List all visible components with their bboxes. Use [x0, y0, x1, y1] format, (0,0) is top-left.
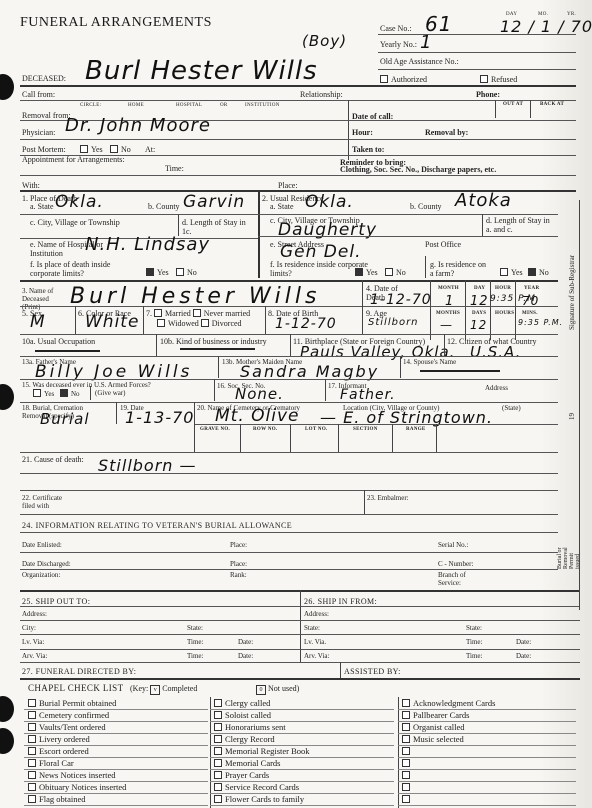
- checkbox-icon[interactable]: [402, 711, 410, 719]
- widowed-option[interactable]: Widowed: [168, 319, 199, 328]
- checklist-item-label: Soloist called: [225, 710, 271, 720]
- res-post-office-label: Post Office: [425, 240, 461, 249]
- armed-yes[interactable]: Yes: [33, 389, 54, 398]
- phone-label: Phone:: [476, 90, 500, 99]
- armed-forces-label: 15. Was deceased ever in U.S. Armed Forc…: [22, 381, 151, 389]
- checkbox-icon[interactable]: [214, 699, 222, 707]
- checklist-item-label: Livery ordered: [39, 734, 90, 744]
- res-farm-label: g. Is residence on a farm?: [430, 260, 490, 278]
- checklist-item[interactable]: Floral Car: [28, 758, 74, 768]
- post-mortem-label: Post Mortem:: [22, 145, 66, 154]
- give-war-label: (Give war): [95, 389, 126, 397]
- reminder-items: Clothing, Soc. Sec. No., Discharge paper…: [340, 165, 496, 174]
- divorced-option[interactable]: Divorced: [212, 319, 242, 328]
- refused-checkbox[interactable]: Refused: [480, 75, 517, 84]
- checklist-item[interactable]: News Notices inserted: [28, 770, 115, 780]
- home-option[interactable]: HOME: [128, 103, 144, 109]
- dob-value[interactable]: 1-12-70: [275, 316, 337, 332]
- c-number-label: C - Number:: [438, 560, 473, 568]
- checklist-item[interactable]: [402, 794, 413, 804]
- checklist-item[interactable]: Livery ordered: [28, 734, 90, 744]
- res-state-value[interactable]: Okla.: [305, 192, 354, 212]
- death-month-label: MONTH: [438, 286, 459, 292]
- checklist-item-label: Flower Cards to family: [225, 794, 304, 804]
- ship-in-state2-label: State:: [466, 624, 482, 632]
- death-state-value[interactable]: Okla.: [55, 192, 104, 212]
- removal-from-label: Removal from:: [22, 111, 71, 120]
- checklist-item-label: News Notices inserted: [39, 770, 115, 780]
- ship-out-state-label: State:: [187, 624, 203, 632]
- checkbox-icon[interactable]: [28, 783, 36, 791]
- checkbox-icon[interactable]: [402, 699, 410, 707]
- death-inside-yes[interactable]: Yes: [146, 268, 169, 277]
- checkbox-icon[interactable]: [28, 771, 36, 779]
- lot-no-label: LOT NO.: [305, 427, 328, 433]
- yearly-no-value[interactable]: 1: [420, 32, 432, 53]
- not-used-key-icon: 0: [256, 685, 266, 695]
- age-days-label: DAYS: [472, 311, 486, 317]
- race-value[interactable]: White: [85, 312, 139, 332]
- checklist-item-label: Flag obtained: [39, 794, 86, 804]
- relationship-label: Relationship:: [300, 90, 343, 99]
- back-at-label: BACK AT: [540, 102, 564, 108]
- removal-by-label: Removal by:: [425, 128, 468, 137]
- age-months-value[interactable]: —: [440, 318, 453, 332]
- checklist-item[interactable]: Memorial Cards: [214, 758, 280, 768]
- deceased-note: (Boy): [302, 32, 347, 50]
- post-mortem-no[interactable]: No: [110, 145, 131, 154]
- ship-in-arv-date-label: Date:: [516, 652, 531, 660]
- old-age-label: Old Age Assistance No.:: [380, 57, 459, 66]
- ship-out-lv-via-label: Lv. Via:: [22, 638, 44, 646]
- death-inside-no[interactable]: No: [176, 268, 197, 277]
- physician-label: Physician:: [22, 128, 55, 137]
- checklist-item-label: Organist called: [413, 722, 465, 732]
- checkbox-icon[interactable]: [28, 699, 36, 707]
- marital-label-2: Widowed Divorced: [157, 319, 242, 328]
- checkbox-icon[interactable]: [402, 735, 410, 743]
- checklist-item[interactable]: Service Record Cards: [214, 782, 299, 792]
- burial-permit-issued-label: Burial or Removal Permit issued: [557, 545, 581, 569]
- age-months-label: MONTHS: [436, 311, 460, 317]
- checklist-item[interactable]: Escort ordered: [28, 746, 89, 756]
- ship-in-arv-via-label: Arv. Via:: [304, 652, 329, 660]
- punch-hole: [0, 74, 14, 100]
- checklist-item-label: Service Record Cards: [225, 782, 299, 792]
- checklist-item[interactable]: Honorariums sent: [214, 722, 286, 732]
- checkbox-icon[interactable]: [214, 723, 222, 731]
- age-mins-value[interactable]: 9:35 P.M.: [518, 318, 563, 327]
- ship-in-title: 26. SHIP IN FROM:: [304, 597, 377, 606]
- checkbox-icon[interactable]: [28, 759, 36, 767]
- checklist-item-label: Pallbearer Cards: [413, 710, 469, 720]
- checklist-item-label: Prayer Cards: [225, 770, 269, 780]
- ship-out-title: 25. SHIP OUT TO:: [22, 597, 90, 606]
- res-street-value[interactable]: Gen Del.: [280, 242, 362, 262]
- punch-hole: [0, 728, 14, 754]
- checkbox-icon[interactable]: [214, 795, 222, 803]
- checklist-item[interactable]: Flag obtained: [28, 794, 86, 804]
- checkbox-icon[interactable]: [402, 723, 410, 731]
- res-farm-no[interactable]: No: [528, 268, 549, 277]
- death-day-label: DAY: [474, 286, 485, 292]
- checkbox-icon[interactable]: [214, 735, 222, 743]
- occupation-label: 10a. Usual Occupation: [22, 337, 95, 346]
- checklist-item[interactable]: Soloist called: [214, 710, 271, 720]
- res-state-label: a. State: [270, 202, 294, 211]
- ship-in-lv-via-label: Lv. Via.: [304, 638, 326, 646]
- completed-key-icon: v: [150, 685, 160, 695]
- ship-out-arv-date-label: Date:: [238, 652, 253, 660]
- checklist-item[interactable]: [402, 746, 413, 756]
- age-value[interactable]: Stillborn: [368, 317, 419, 328]
- time-label: Time:: [165, 164, 184, 173]
- post-mortem-yes[interactable]: Yes: [80, 145, 103, 154]
- punch-hole: [0, 696, 14, 722]
- checklist-item[interactable]: Burial Permit obtained: [28, 698, 116, 708]
- form-title: FUNERAL ARRANGEMENTS: [20, 15, 212, 31]
- grave-no-label: GRAVE NO.: [200, 427, 230, 433]
- checklist-item-label: Memorial Register Book: [225, 746, 310, 756]
- cemetery-value[interactable]: Mt. Olive: [215, 406, 300, 426]
- at-label: At:: [145, 145, 155, 154]
- checklist-item[interactable]: Obituary Notices inserted: [28, 782, 126, 792]
- checklist-item-label: Burial Permit obtained: [39, 698, 116, 708]
- physician-value[interactable]: Dr. John Moore: [65, 115, 211, 136]
- age-mins-label: MINS.: [522, 311, 538, 317]
- checklist-item-label: Clergy called: [225, 698, 270, 708]
- serial-no-label: Serial No.:: [438, 541, 468, 549]
- death-year-label: YEAR: [524, 286, 539, 292]
- res-stay-label: d. Length of Stay in a. and c.: [486, 216, 556, 234]
- checklist-item[interactable]: Clergy Record: [214, 734, 275, 744]
- or-label: OR: [220, 103, 228, 109]
- date-enlisted-label: Date Enlisted:: [22, 541, 62, 549]
- location-state-label: (State): [502, 404, 521, 412]
- married-option[interactable]: Married: [165, 309, 191, 318]
- checklist-item[interactable]: Vaults/Tent ordered: [28, 722, 106, 732]
- never-married-option[interactable]: Never married: [204, 309, 250, 318]
- branch-label: Branch of Service:: [438, 571, 478, 587]
- assisted-by-label: ASSISTED BY:: [344, 667, 401, 676]
- checklist-item-label: Obituary Notices inserted: [39, 782, 126, 792]
- sex-value[interactable]: M: [30, 312, 46, 332]
- deceased-value[interactable]: Burl Hester Wills: [85, 56, 318, 86]
- embalmer-label: 23. Embalmer:: [367, 494, 409, 502]
- checklist-item-label: Vaults/Tent ordered: [39, 722, 106, 732]
- res-city-value[interactable]: Daugherty: [278, 220, 377, 240]
- armed-no[interactable]: No: [60, 389, 80, 398]
- checkbox-icon[interactable]: [28, 711, 36, 719]
- checkbox-icon[interactable]: [402, 747, 410, 755]
- death-state-label: a. State: [30, 202, 54, 211]
- checklist-key-not-used: 0 Not used): [256, 684, 299, 695]
- spouse-label: 14. Spouse's Name: [403, 358, 456, 366]
- checklist-item[interactable]: Memorial Register Book: [214, 746, 310, 756]
- checklist-title: CHAPEL CHECK LIST: [28, 684, 123, 693]
- rank-label: Rank:: [230, 571, 247, 579]
- checklist-item[interactable]: Cemetery confirmed: [28, 710, 109, 720]
- date-discharged-label: Date Discharged:: [22, 560, 71, 568]
- checklist-item-label: Memorial Cards: [225, 758, 280, 768]
- death-hospital-value[interactable]: N.H. Lindsay: [85, 234, 210, 255]
- checkbox-icon[interactable]: [214, 711, 222, 719]
- hospital-option[interactable]: HOSPITAL: [176, 103, 202, 109]
- punch-hole: [0, 384, 14, 410]
- checklist-item[interactable]: Clergy called: [214, 698, 270, 708]
- informant-value[interactable]: Father.: [340, 387, 396, 403]
- checklist-item[interactable]: Organist called: [402, 722, 465, 732]
- checklist-item[interactable]: Prayer Cards: [214, 770, 269, 780]
- checkbox-icon[interactable]: [214, 759, 222, 767]
- checklist-item-label: Floral Car: [39, 758, 74, 768]
- name-deceased-label: 3. Name of Deceased (Print): [22, 287, 62, 311]
- checkbox-icon[interactable]: [28, 723, 36, 731]
- ship-out-lv-time-label: Time:: [187, 638, 203, 646]
- with-label: With:: [22, 181, 40, 190]
- authorized-checkbox[interactable]: Authorized: [380, 75, 427, 84]
- checklist-item[interactable]: [402, 782, 413, 792]
- checklist-item-label: Honorariums sent: [225, 722, 286, 732]
- veteran-section-title: 24. INFORMATION RELATING TO VETERAN'S BU…: [22, 521, 292, 530]
- case-no-label: Case No.:: [380, 24, 412, 33]
- checklist-item-label: Clergy Record: [225, 734, 275, 744]
- institution-option[interactable]: INSTITUTION: [245, 103, 280, 109]
- checklist-item[interactable]: [402, 758, 413, 768]
- res-inside-no[interactable]: No: [385, 268, 406, 277]
- directed-by-label: 27. FUNERAL DIRECTED BY:: [22, 667, 136, 676]
- ship-out-address-label: Address:: [22, 610, 47, 618]
- organization-label: Organization:: [22, 571, 60, 579]
- row-no-label: ROW NO.: [253, 427, 278, 433]
- checkbox-icon[interactable]: [214, 747, 222, 755]
- ship-in-lv-date-label: Date:: [516, 638, 531, 646]
- checklist-item[interactable]: Pallbearer Cards: [402, 710, 469, 720]
- burial-date-value[interactable]: 1-13-70: [125, 408, 194, 427]
- checkbox-icon[interactable]: [28, 735, 36, 743]
- ship-out-arv-time-label: Time:: [187, 652, 203, 660]
- checklist-item-label: Acknowledgment Cards: [413, 698, 495, 708]
- signature-sub-registrar-label: Signature of Sub-Registrar: [568, 255, 576, 330]
- ship-in-arv-time-label: Time:: [466, 652, 482, 660]
- cause-label: 21. Cause of death:: [22, 455, 84, 464]
- checklist-item-label: Escort ordered: [39, 746, 89, 756]
- yearly-no-label: Yearly No.:: [380, 40, 417, 49]
- ship-out-city-label: City:: [22, 624, 36, 632]
- place-label: Place:: [278, 181, 298, 190]
- checklist-item-label: Cemetery confirmed: [39, 710, 109, 720]
- business-label: 10b. Kind of business or industry: [160, 337, 267, 346]
- appointment-label: Appointment for Arrangements:: [22, 155, 125, 164]
- taken-to-label: Taken to:: [352, 145, 384, 154]
- range-label: RANGE: [406, 427, 426, 433]
- checkbox-icon[interactable]: [28, 747, 36, 755]
- enlisted-place-label: Place:: [230, 541, 247, 549]
- citizen-value[interactable]: U.S.A.: [470, 343, 521, 361]
- burial-value[interactable]: Burial: [40, 410, 90, 428]
- checklist-item-label: Music selected: [413, 734, 464, 744]
- checkbox-icon[interactable]: [402, 795, 410, 803]
- checkbox-icon[interactable]: [214, 783, 222, 791]
- death-county-value[interactable]: Garvin: [183, 192, 245, 212]
- death-inside-limits-label: f. Is place of death inside corporate li…: [30, 260, 135, 278]
- year-prefix-label: 19: [568, 413, 576, 420]
- checklist-key: (Key: v Completed: [130, 684, 197, 695]
- ship-out-lv-date-label: Date:: [238, 638, 253, 646]
- checkbox-icon[interactable]: [28, 795, 36, 803]
- ship-in-address-label: Address:: [304, 610, 329, 618]
- death-county-label: b. County: [148, 202, 180, 211]
- res-inside-yes[interactable]: Yes: [355, 268, 378, 277]
- out-at-label: OUT AT: [503, 102, 523, 108]
- marital-label: 7. Married Never married: [146, 309, 250, 318]
- res-county-value[interactable]: Atoka: [455, 190, 512, 211]
- checkbox-icon[interactable]: [214, 771, 222, 779]
- ship-in-state-label: State:: [304, 624, 320, 632]
- address-label: Address: [485, 384, 508, 392]
- checklist-item[interactable]: [402, 770, 413, 780]
- section-label: SECTION: [353, 427, 378, 433]
- age-hours-label: HOURS: [495, 311, 514, 317]
- res-farm-yes[interactable]: Yes: [500, 268, 523, 277]
- deceased-label: DECEASED:: [22, 74, 66, 83]
- scan-shading: [540, 0, 592, 808]
- death-city-label: c. City, Village or Township: [30, 218, 120, 227]
- ship-in-lv-time-label: Time:: [466, 638, 482, 646]
- res-county-label: b. County: [410, 202, 442, 211]
- call-from-label: Call from:: [22, 90, 55, 99]
- ship-out-arv-via-label: Arv. Via:: [22, 652, 47, 660]
- hour-label: Hour:: [352, 128, 373, 137]
- checklist-item[interactable]: Flower Cards to family: [214, 794, 304, 804]
- checklist-item[interactable]: Acknowledgment Cards: [402, 698, 495, 708]
- certificate-label: 22. Certificate filed with: [22, 494, 72, 510]
- circle-label: CIRCLE:: [80, 103, 101, 109]
- age-days-value[interactable]: 12: [470, 318, 487, 332]
- death-hour-label: HOUR: [495, 286, 511, 292]
- discharged-place-label: Place:: [230, 560, 247, 568]
- checklist-item[interactable]: Music selected: [402, 734, 464, 744]
- checkbox-icon[interactable]: [402, 783, 410, 791]
- ssn-value[interactable]: None.: [235, 385, 284, 403]
- checkbox-icon[interactable]: [402, 771, 410, 779]
- checkbox-icon[interactable]: [402, 759, 410, 767]
